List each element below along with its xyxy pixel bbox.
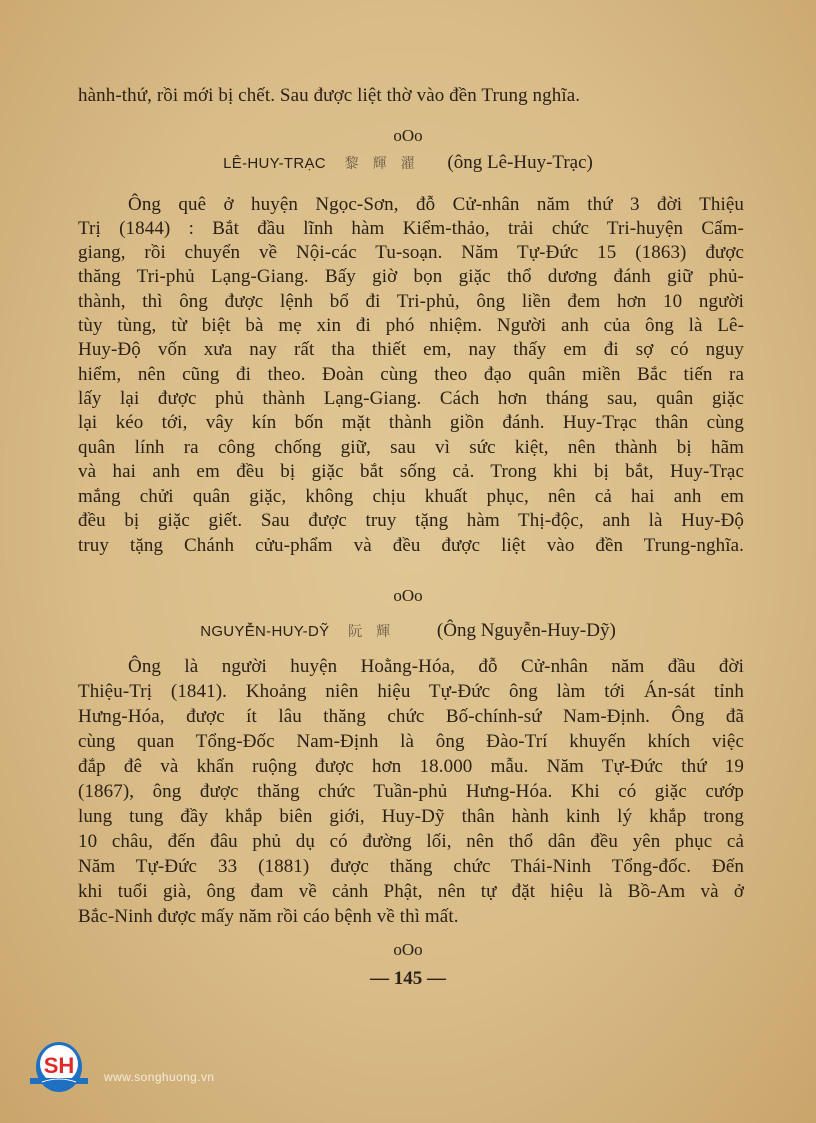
svg-text:SH: SH <box>44 1053 75 1078</box>
section-separator: oOo <box>0 940 816 960</box>
logo-emblem-icon: SH <box>28 1040 90 1094</box>
section-separator: oOo <box>0 126 816 146</box>
body-line: Trị (1844) : Bắt đầu lĩnh hàm Kiểm-thảo,… <box>78 217 744 241</box>
body-line: Hưng-Hóa, được ít lâu thăng chức Bố-chín… <box>78 705 744 729</box>
body-line: mắng chửi quân giặc, không chịu khuất ph… <box>78 485 744 509</box>
body-line: hiểm, nên cũng đi theo. Đoàn cùng theo đ… <box>78 363 744 387</box>
body-line: khi tuổi già, ông đam về cảnh Phật, nên … <box>78 880 744 904</box>
body-line: giang, rồi chuyển về Nội-các Tu-soạn. Nă… <box>78 241 744 265</box>
body-line: tùy tùng, từ biệt bà mẹ xin đi phó nhiệm… <box>78 314 744 338</box>
body-line: (1867), ông được thăng chức Tuần-phủ Hưn… <box>78 780 744 804</box>
heading-vietnamese: (ông Lê-Huy-Trạc) <box>447 152 592 173</box>
body-line: đắp đê và khẩn ruộng được hơn 18.000 mẫu… <box>78 755 744 779</box>
body-line: 10 châu, đến đâu phủ dụ có đường lối, nê… <box>78 830 744 854</box>
body-line: Ông là người huyện Hoằng-Hóa, đỗ Cử-nhân… <box>128 655 744 679</box>
watermark-url: www.songhuong.vn <box>104 1070 214 1084</box>
body-line: lung tung đầy khắp biên giới, Huy-Dỹ thâ… <box>78 805 744 829</box>
body-line: thành, thì ông được lệnh bổ đi Tri-phủ, … <box>78 290 744 314</box>
body-line: và hai anh em đều bị giặc bắt sống cả. T… <box>78 460 744 484</box>
continued-text-line: hành-thứ, rồi mới bị chết. Sau được liệt… <box>78 84 744 108</box>
body-line: quân lính ra công chống giữ, sau vì sức … <box>78 436 744 460</box>
heading-han-characters: 阮輝𤥠 <box>348 625 418 640</box>
songhuong-logo: SH <box>28 1040 90 1094</box>
body-line: lại kéo tới, vây kín bốn mặt thành giồn … <box>78 411 744 435</box>
body-line: thăng Tri-phủ Lạng-Giang. Bấy giờ bọn gi… <box>78 265 744 289</box>
body-line: Thiệu-Trị (1841). Khoảng niên hiệu Tự-Đứ… <box>78 680 744 704</box>
body-line: đều bị giặc giết. Sau được truy tặng hàm… <box>78 509 744 533</box>
body-line: cùng quan Tổng-Đốc Nam-Định là ông Đào-T… <box>78 730 744 754</box>
section-heading-le-huy-trac: LÊ-HUY-TRẠC 黎輝濯 (ông Lê-Huy-Trạc) <box>0 151 816 177</box>
body-line: truy tặng Chánh cửu-phẩm và đều được liệ… <box>78 534 744 558</box>
body-line: Năm Tự-Đức 33 (1881) được thăng chức Thá… <box>78 855 744 879</box>
heading-vietnamese: (Ông Nguyễn-Huy-Dỹ) <box>437 620 616 641</box>
heading-name: NGUYỄN-HUY-DỸ <box>200 623 329 640</box>
section-heading-nguyen-huy-dy: NGUYỄN-HUY-DỸ 阮輝𤥠 (Ông Nguyễn-Huy-Dỹ) <box>0 619 816 645</box>
body-line: Bắc-Ninh được mấy năm rồi cáo bệnh về th… <box>78 905 744 929</box>
body-line: Huy-Độ vốn xưa nay rất tha thiết em, nay… <box>78 338 744 362</box>
body-line: lấy lại được phủ thành Lạng-Giang. Cách … <box>78 387 744 411</box>
document-page: hành-thứ, rồi mới bị chết. Sau được liệt… <box>0 0 816 1123</box>
page-number: — 145 — <box>0 967 816 991</box>
heading-name: LÊ-HUY-TRẠC <box>223 155 326 172</box>
body-line: Ông quê ở huyện Ngọc-Sơn, đỗ Cử-nhân năm… <box>128 193 744 217</box>
section-separator: oOo <box>0 586 816 606</box>
heading-han-characters: 黎輝濯 <box>345 157 429 172</box>
